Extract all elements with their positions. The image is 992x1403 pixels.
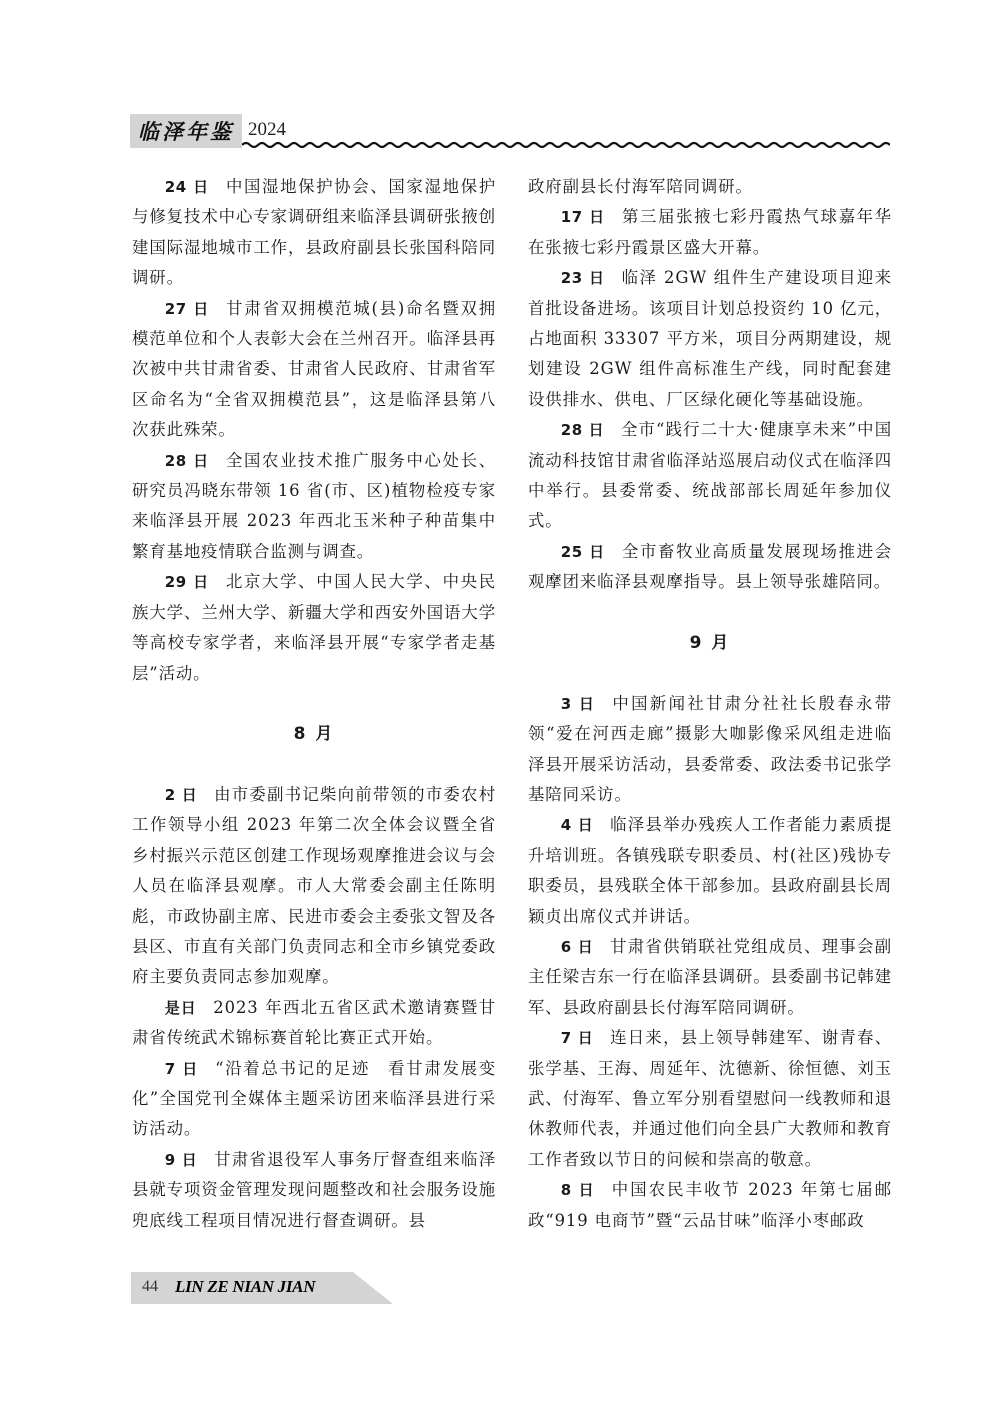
entry-day: 8 日	[561, 1181, 596, 1199]
entry-day: 2 日	[165, 786, 198, 804]
entry-day: 25 日	[561, 543, 606, 561]
entry-day: 6 日	[561, 938, 594, 956]
entry-day: 7 日	[561, 1029, 594, 1047]
entry-day: 29 日	[165, 573, 210, 591]
entry-september-3: 3 日中国新闻社甘肃分社社长殷春永带领“爱在河西走廊”摄影大咖影像采风组走进临泽…	[528, 689, 892, 811]
entry-day: 27 日	[165, 300, 210, 318]
entry-july-24: 24 日中国湿地保护协会、国家湿地保护与修复技术中心专家调研组来临泽县调研张掖创…	[132, 172, 496, 294]
entry-august-23: 23 日临泽 2GW 组件生产建设项目迎来首批设备进场。该项目计划总投资约 10…	[528, 263, 892, 415]
entry-september-7: 7 日连日来，县上领导韩建军、谢青春、张学基、王海、周延年、沈德新、徐恒德、刘玉…	[528, 1023, 892, 1175]
entry-text: 连日来，县上领导韩建军、谢青春、张学基、王海、周延年、沈德新、徐恒德、刘玉武、付…	[528, 1028, 892, 1169]
entry-day: 9 日	[165, 1151, 198, 1169]
entry-august-7: 7 日“沿着总书记的足迹 看甘肃发展变化”全国党刊全媒体主题采访团来临泽县进行采…	[132, 1054, 496, 1145]
left-column: 24 日中国湿地保护协会、国家湿地保护与修复技术中心专家调研组来临泽县调研张掖创…	[132, 172, 496, 1236]
entry-july-29: 29 日北京大学、中国人民大学、中央民族大学、兰州大学、新疆大学和西安外国语大学…	[132, 567, 496, 689]
page-number: 44	[142, 1278, 158, 1296]
entry-day: 是日	[165, 999, 197, 1017]
month-heading-september: 9 月	[528, 598, 892, 689]
entry-august-28: 28 日全市“践行二十大·健康享未来”中国流动科技馆甘肃省临泽站巡展启动仪式在临…	[528, 415, 892, 537]
entry-august-2: 2 日由市委副书记柴向前带领的市委农村工作领导小组 2023 年第二次全体会议暨…	[132, 780, 496, 993]
entry-text: 由市委副书记柴向前带领的市委农村工作领导小组 2023 年第二次全体会议暨全省乡…	[132, 785, 496, 986]
entry-day: 23 日	[561, 269, 605, 287]
entry-day: 7 日	[165, 1060, 199, 1078]
entry-day: 24 日	[165, 178, 210, 196]
page-footer: 44 LIN ZE NIAN JIAN	[131, 1272, 393, 1304]
entry-july-28: 28 日全国农业技术推广服务中心处长、研究员冯晓东带领 16 省(市、区)植物检…	[132, 446, 496, 568]
entry-september-6: 6 日甘肃省供销联社党组成员、理事会副主任梁吉东一行在临泽县调研。县委副书记韩建…	[528, 932, 892, 1023]
entry-continuation: 政府副县长付海军陪同调研。	[528, 172, 892, 202]
entry-text: 甘肃省双拥模范城(县)命名暨双拥模范单位和个人表彰大会在兰州召开。临泽县再次被中…	[132, 299, 496, 440]
entry-august-17: 17 日第三届张掖七彩丹霞热气球嘉年华在张掖七彩丹霞景区盛大开幕。	[528, 202, 892, 263]
entry-day: 28 日	[561, 421, 605, 439]
entry-day: 28 日	[165, 452, 210, 470]
yearbook-year: 2024	[248, 119, 286, 141]
entry-july-27: 27 日甘肃省双拥模范城(县)命名暨双拥模范单位和个人表彰大会在兰州召开。临泽县…	[132, 294, 496, 446]
yearbook-title: 临泽年鉴	[130, 114, 242, 148]
entry-september-8: 8 日中国农民丰收节 2023 年第七届邮政“919 电商节”暨“云品甘味”临泽…	[528, 1175, 892, 1236]
entry-september-4: 4 日临泽县举办残疾人工作者能力素质提升培训班。各镇残联专职委员、村(社区)残协…	[528, 810, 892, 932]
entry-day: 4 日	[561, 816, 594, 834]
page-header: 临泽年鉴 2024	[130, 114, 890, 148]
entry-text: 临泽 2GW 组件生产建设项目迎来首批设备进场。该项目计划总投资约 10 亿元，…	[528, 268, 892, 409]
month-heading-august: 8 月	[132, 689, 496, 780]
entry-day: 17 日	[561, 208, 606, 226]
wavy-divider-line	[242, 140, 890, 148]
entry-august-same-day: 是日2023 年西北五省区武术邀请赛暨甘肃省传统武术锦标赛首轮比赛正式开始。	[132, 993, 496, 1054]
footer-title: LIN ZE NIAN JIAN	[175, 1277, 315, 1297]
right-column: 政府副县长付海军陪同调研。 17 日第三届张掖七彩丹霞热气球嘉年华在张掖七彩丹霞…	[528, 172, 892, 1236]
entry-day: 3 日	[561, 695, 596, 713]
entry-august-9: 9 日甘肃省退役军人事务厅督查组来临泽县就专项资金管理发现问题整改和社会服务设施…	[132, 1145, 496, 1236]
entry-august-25: 25 日全市畜牧业高质量发展现场推进会观摩团来临泽县观摩指导。县上领导张雄陪同。	[528, 537, 892, 598]
